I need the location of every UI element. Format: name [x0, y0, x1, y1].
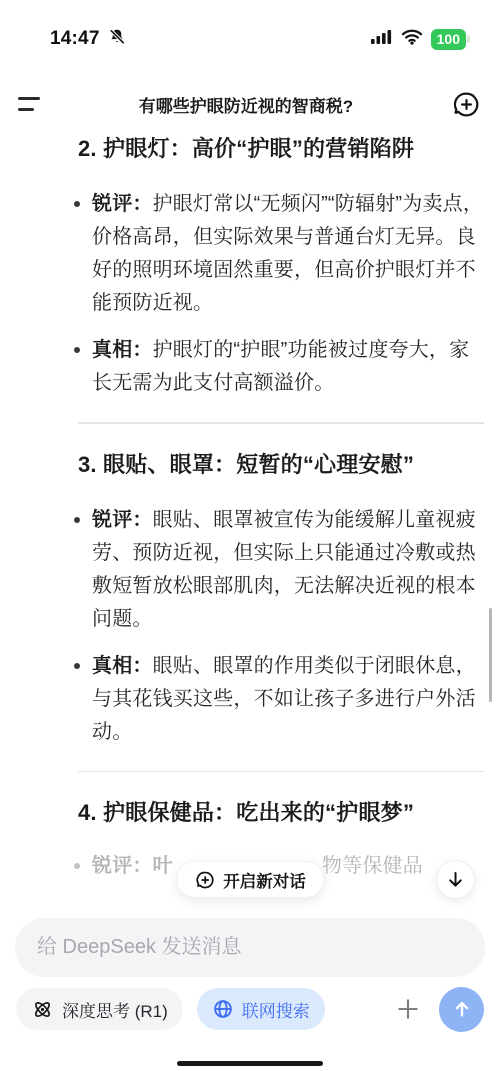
list-item: 真相：护眼灯的“护眼”功能被过度夸大，家长无需为此支付高额溢价。 [74, 334, 484, 400]
battery-indicator: 100 [431, 29, 466, 50]
scrollbar-thumb[interactable] [489, 608, 493, 702]
web-search-toggle[interactable]: 联网搜索 [197, 988, 325, 1030]
bullet-marker [74, 504, 92, 636]
bullet-marker [74, 650, 92, 749]
start-new-chat-button[interactable]: 开启新对话 [176, 861, 324, 898]
attach-button[interactable] [393, 994, 423, 1024]
new-chat-icon[interactable] [450, 88, 482, 120]
bullet-label: 锐评： [92, 193, 153, 215]
chat-header: 有哪些护眼防近视的智商税? [0, 84, 500, 124]
deep-think-icon [31, 998, 54, 1021]
send-button[interactable] [439, 987, 484, 1032]
conversation-title: 有哪些护眼防近视的智商税? [42, 92, 450, 117]
floating-controls: 开启新对话 [0, 861, 500, 899]
bullet-marker [74, 334, 92, 400]
section-divider [78, 771, 484, 773]
start-new-chat-label: 开启新对话 [223, 868, 306, 892]
list-item: 真相：眼贴、眼罩的作用类似于闭眼休息，与其花钱买这些，不如让孩子多进行户外活动。 [74, 650, 484, 749]
section-heading: 2. 护眼灯：高价“护眼”的营销陷阱 [78, 134, 484, 164]
send-icon [451, 998, 473, 1020]
list-item: 锐评：护眼灯常以“无频闪”“防辐射”为卖点，价格高昂，但实际效果与普通台灯无异。… [74, 188, 484, 320]
notifications-muted-icon [107, 27, 127, 52]
status-bar: 14:47 100 [0, 0, 500, 62]
cellular-signal-icon [371, 29, 393, 50]
deep-think-label: 深度思考 (R1) [62, 997, 168, 1022]
sidebar-menu-icon[interactable] [18, 97, 42, 110]
list-item: 锐评：眼贴、眼罩被宣传为能缓解儿童视疲劳、预防近视，但实际上只能通过冷敷或热敷短… [74, 504, 484, 636]
web-search-icon [212, 998, 234, 1020]
attach-icon [394, 995, 422, 1023]
deep-think-toggle[interactable]: 深度思考 (R1) [16, 988, 183, 1030]
assistant-message: 2. 护眼灯：高价“护眼”的营销陷阱 锐评：护眼灯常以“无频闪”“防辐射”为卖点… [0, 126, 500, 916]
circle-plus-icon [194, 869, 216, 891]
scroll-down-icon [445, 869, 466, 890]
status-time: 14:47 [50, 28, 100, 50]
section-divider [78, 422, 484, 424]
section-heading: 4. 护眼保健品：吃出来的“护眼梦” [78, 798, 484, 828]
bullet-label: 真相： [92, 339, 153, 361]
web-search-label: 联网搜索 [242, 997, 310, 1022]
home-indicator[interactable] [177, 1061, 323, 1066]
bullet-label: 锐评： [92, 509, 153, 531]
scroll-down-button[interactable] [436, 860, 475, 899]
bullet-label: 真相： [92, 655, 153, 677]
section-heading: 3. 眼贴、眼罩：短暂的“心理安慰” [78, 450, 484, 480]
composer-toolbar: 深度思考 (R1) 联网搜索 [16, 987, 484, 1031]
wifi-icon [401, 28, 423, 50]
message-input[interactable] [15, 918, 485, 977]
bullet-marker [74, 188, 92, 320]
